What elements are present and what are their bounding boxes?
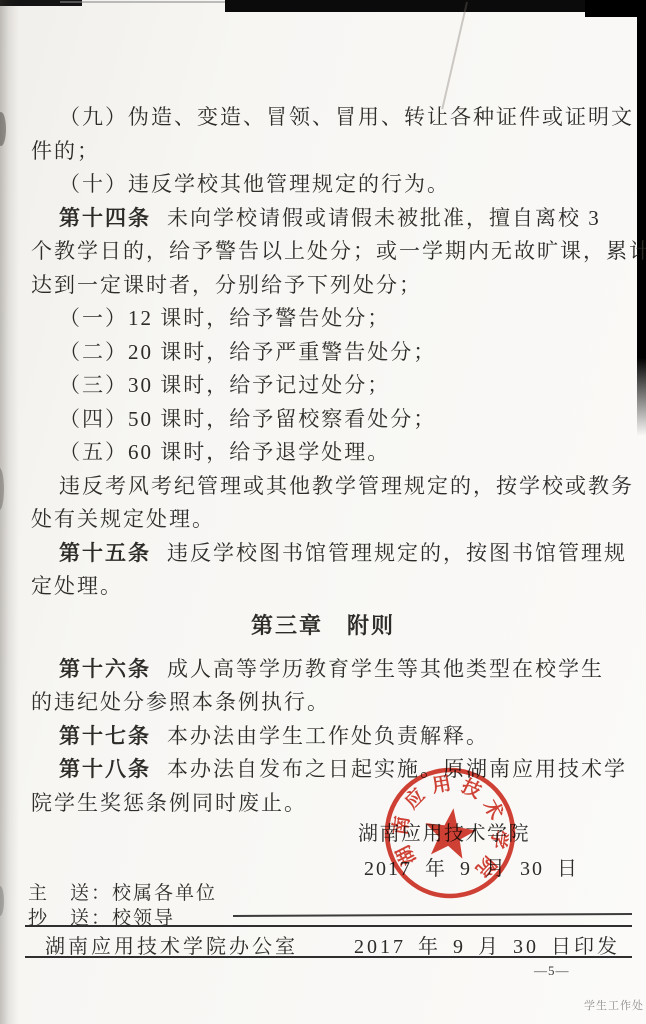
official-seal: 湖南应用技术学院 — [365, 748, 534, 917]
document-line: 第十五条违反学校图书馆管理规定的，按图书馆管理规 — [31, 537, 615, 571]
document-line: （九）伪造、变造、冒领、冒用、转让各种证件或证明文 — [31, 101, 615, 135]
article-number: 第十四条 — [59, 207, 151, 230]
print-date: 2017 年 9 月 30 日印发 — [354, 930, 620, 959]
copy-send-underline — [233, 913, 632, 917]
document-line: （一）12 课时，给予警告处分； — [31, 302, 615, 336]
document-line: （四）50 课时，给予留校察看处分； — [31, 403, 615, 437]
line-text: （五）60 课时，给予退学处理。 — [59, 440, 390, 464]
page-number: —5— — [534, 963, 570, 979]
line-text: 定处理。 — [31, 574, 123, 598]
line-text: （三）30 课时，给予记过处分； — [59, 373, 390, 397]
document-line: （十）违反学校其他管理规定的行为。 — [31, 168, 615, 202]
main-send-row: 主 送：校属各单位 — [28, 878, 217, 905]
line-text: 本办法由学生工作处负责解释。 — [167, 724, 489, 748]
article-number: 第十七条 — [59, 725, 151, 748]
document-line: 达到一定课时者，分别给予下列处分； — [31, 269, 615, 303]
document-line: 第十七条本办法由学生工作处负责解释。 — [31, 720, 615, 754]
article-number: 第十五条 — [59, 542, 151, 565]
document-line: （五）60 课时，给予退学处理。 — [31, 436, 615, 470]
page-edge-shadow — [0, 0, 20, 1024]
scan-edge-right — [637, 0, 646, 436]
line-text: 违反考风考纪管理或其他教学管理规定的，按学校或教务 — [59, 474, 634, 498]
corner-label: 学生工作处 — [584, 997, 644, 1013]
line-text: （二）20 课时，给予严重警告处分； — [59, 340, 436, 364]
seal-char: 学 — [486, 828, 511, 850]
scanned-document-page: { "page": { "paper_color": "#f7f6f3", "i… — [0, 0, 646, 1024]
scan-edge-top-main — [225, 0, 646, 12]
document-line: 第十六条成人高等学历教育学生等其他类型在校学生 — [31, 653, 615, 687]
article-number: 第十八条 — [59, 758, 151, 781]
document-line: （二）20 课时，给予严重警告处分； — [31, 336, 615, 370]
document-body: （九）伪造、变造、冒领、冒用、转让各种证件或证明文件的；（十）违反学校其他管理规… — [31, 101, 615, 820]
line-text: （十）违反学校其他管理规定的行为。 — [59, 172, 450, 196]
seal-char: 用 — [430, 772, 453, 797]
document-line: （三）30 课时，给予记过处分； — [31, 369, 615, 403]
line-text: 成人高等学历教育学生等其他类型在校学生 — [167, 657, 604, 681]
line-text: 院学生奖惩条例同时废止。 — [31, 791, 307, 815]
footer-divider-top — [25, 925, 632, 927]
document-line: 个教学日的，给予警告以上处分；或一学期内无故旷课，累计 — [31, 235, 615, 269]
article-number: 第十六条 — [59, 658, 151, 681]
line-text: （一）12 课时，给予警告处分； — [59, 306, 390, 330]
issuing-office: 湖南应用技术学院办公室 — [45, 930, 298, 959]
line-text: 未向学校请假或请假未被批准，擅自离校 3 — [167, 206, 601, 230]
line-text: 处有关规定处理。 — [31, 507, 215, 531]
document-line: 的违纪处分参照本条例执行。 — [31, 686, 615, 720]
line-text: （四）50 课时，给予留校察看处分； — [59, 407, 436, 431]
footer-divider-bottom — [25, 956, 632, 958]
document-line: 违反考风考纪管理或其他教学管理规定的，按学校或教务 — [31, 470, 615, 504]
line-text: 达到一定课时者，分别给予下列处分； — [31, 273, 422, 297]
document-line: 处有关规定处理。 — [31, 503, 615, 537]
chapter-heading: 第三章 附则 — [31, 606, 615, 646]
document-line: 定处理。 — [31, 570, 615, 604]
line-text: 个教学日的，给予警告以上处分；或一学期内无故旷课，累计 — [31, 239, 646, 263]
document-line: 件的； — [31, 135, 615, 169]
line-text: 违反学校图书馆管理规定的，按图书馆管理规 — [167, 541, 627, 565]
line-text: 的违纪处分参照本条例执行。 — [31, 690, 330, 714]
seal-star — [421, 805, 479, 860]
document-line: 第十四条未向学校请假或请假未被批准，擅自离校 3 — [31, 202, 615, 236]
line-text: （九）伪造、变造、冒领、冒用、转让各种证件或证明文 — [59, 105, 634, 129]
fold-crease — [441, 2, 468, 110]
line-text: 件的； — [31, 139, 100, 163]
seal-char: 南 — [389, 815, 414, 837]
